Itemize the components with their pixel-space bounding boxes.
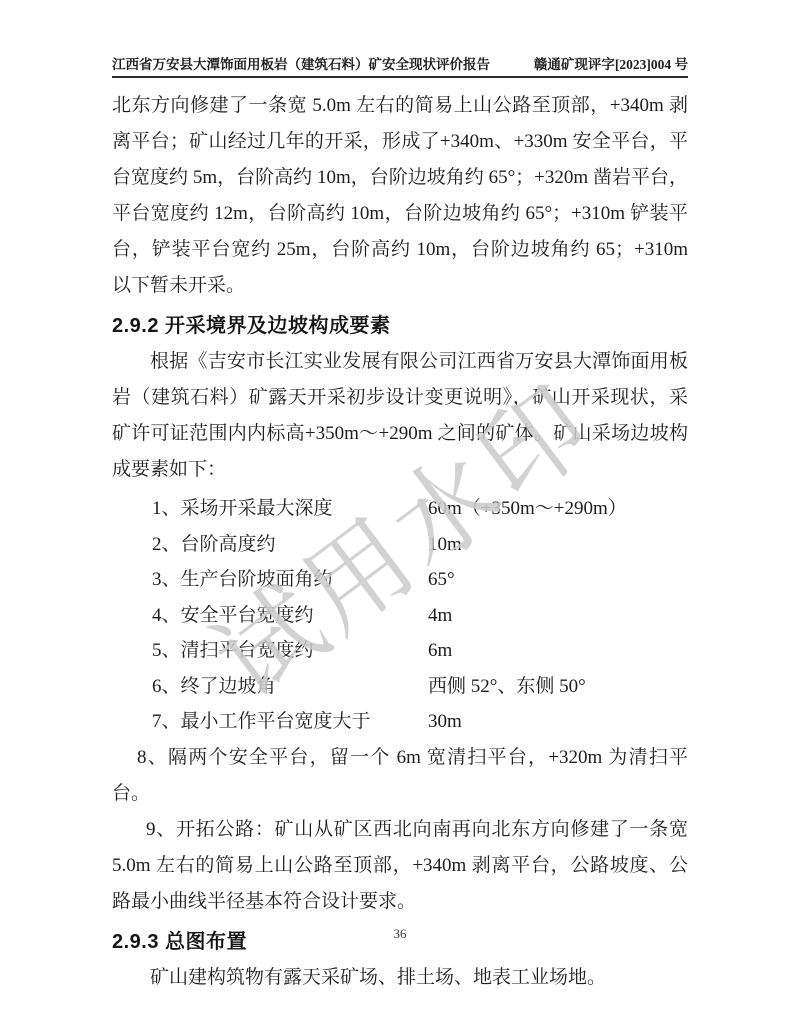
page-header: 江西省万安县大潭饰面用板岩（建筑石料）矿安全现状评价报告 赣通矿现评字[2023… [112,53,688,73]
spec-value: 30m [428,704,462,740]
header-report-title: 江西省万安县大潭饰面用板岩（建筑石料）矿安全现状评价报告 [112,53,490,73]
header-doc-number: 赣通矿现评字[2023]004 号 [534,53,688,73]
spec-row-cleaning-platform-width: 5、清扫平台宽度约 6m [112,633,688,669]
section-heading-292: 2.9.2 开采境界及边坡构成要素 [112,311,688,341]
spec-row-bench-height: 2、台阶高度约 10m [112,527,688,563]
spec-row-final-slope-angle: 6、终了边坡角 西侧 52°、东侧 50° [112,669,688,705]
header-rule [112,76,688,78]
paragraph-mine-structures: 矿山建构筑物有露天采矿场、排土场、地表工业场地。 [112,960,688,996]
spec-value: 4m [428,598,452,634]
paragraph-design-basis: 根据《吉安市长江实业发展有限公司江西省万安县大潭饰面用板岩（建筑石料）矿露天开采… [112,344,688,488]
spec-label: 1、采场开采最大深度 [152,491,428,527]
spec-row-bench-face-angle: 3、生产台阶坡面角约 65° [112,562,688,598]
spec-row-max-depth: 1、采场开采最大深度 60m（+350m～+290m） [112,491,688,527]
slope-spec-list: 1、采场开采最大深度 60m（+350m～+290m） 2、台阶高度约 10m … [112,491,688,740]
list-item-9: 9、开拓公路：矿山从矿区西北向南再向北东方向修建了一条宽 5.0m 左右的简易上… [112,812,688,920]
spec-label: 5、清扫平台宽度约 [152,633,428,669]
spec-value: 6m [428,633,452,669]
paragraph-mining-status-continuation: 北东方向修建了一条宽 5.0m 左右的简易上山公路至顶部，+340m 剥离平台；… [112,88,688,304]
spec-label: 3、生产台阶坡面角约 [152,562,428,598]
document-page: 江西省万安县大潭饰面用板岩（建筑石料）矿安全现状评价报告 赣通矿现评字[2023… [0,0,800,1035]
spec-label: 2、台阶高度约 [152,527,428,563]
spec-value: 10m [428,527,462,563]
spec-row-safety-platform-width: 4、安全平台宽度约 4m [112,598,688,634]
page-number: 36 [0,926,800,942]
spec-value: 60m（+350m～+290m） [428,491,627,527]
page-content: 北东方向修建了一条宽 5.0m 左右的简易上山公路至顶部，+340m 剥离平台；… [112,88,688,996]
spec-label: 6、终了边坡角 [152,669,428,705]
spec-value: 西侧 52°、东侧 50° [428,669,586,705]
spec-label: 7、最小工作平台宽度大于 [152,704,428,740]
list-item-8: 8、隔两个安全平台，留一个 6m 宽清扫平台，+320m 为清扫平台。 [112,740,688,812]
spec-value: 65° [428,562,455,598]
spec-label: 4、安全平台宽度约 [152,598,428,634]
spec-row-min-working-platform: 7、最小工作平台宽度大于 30m [112,704,688,740]
